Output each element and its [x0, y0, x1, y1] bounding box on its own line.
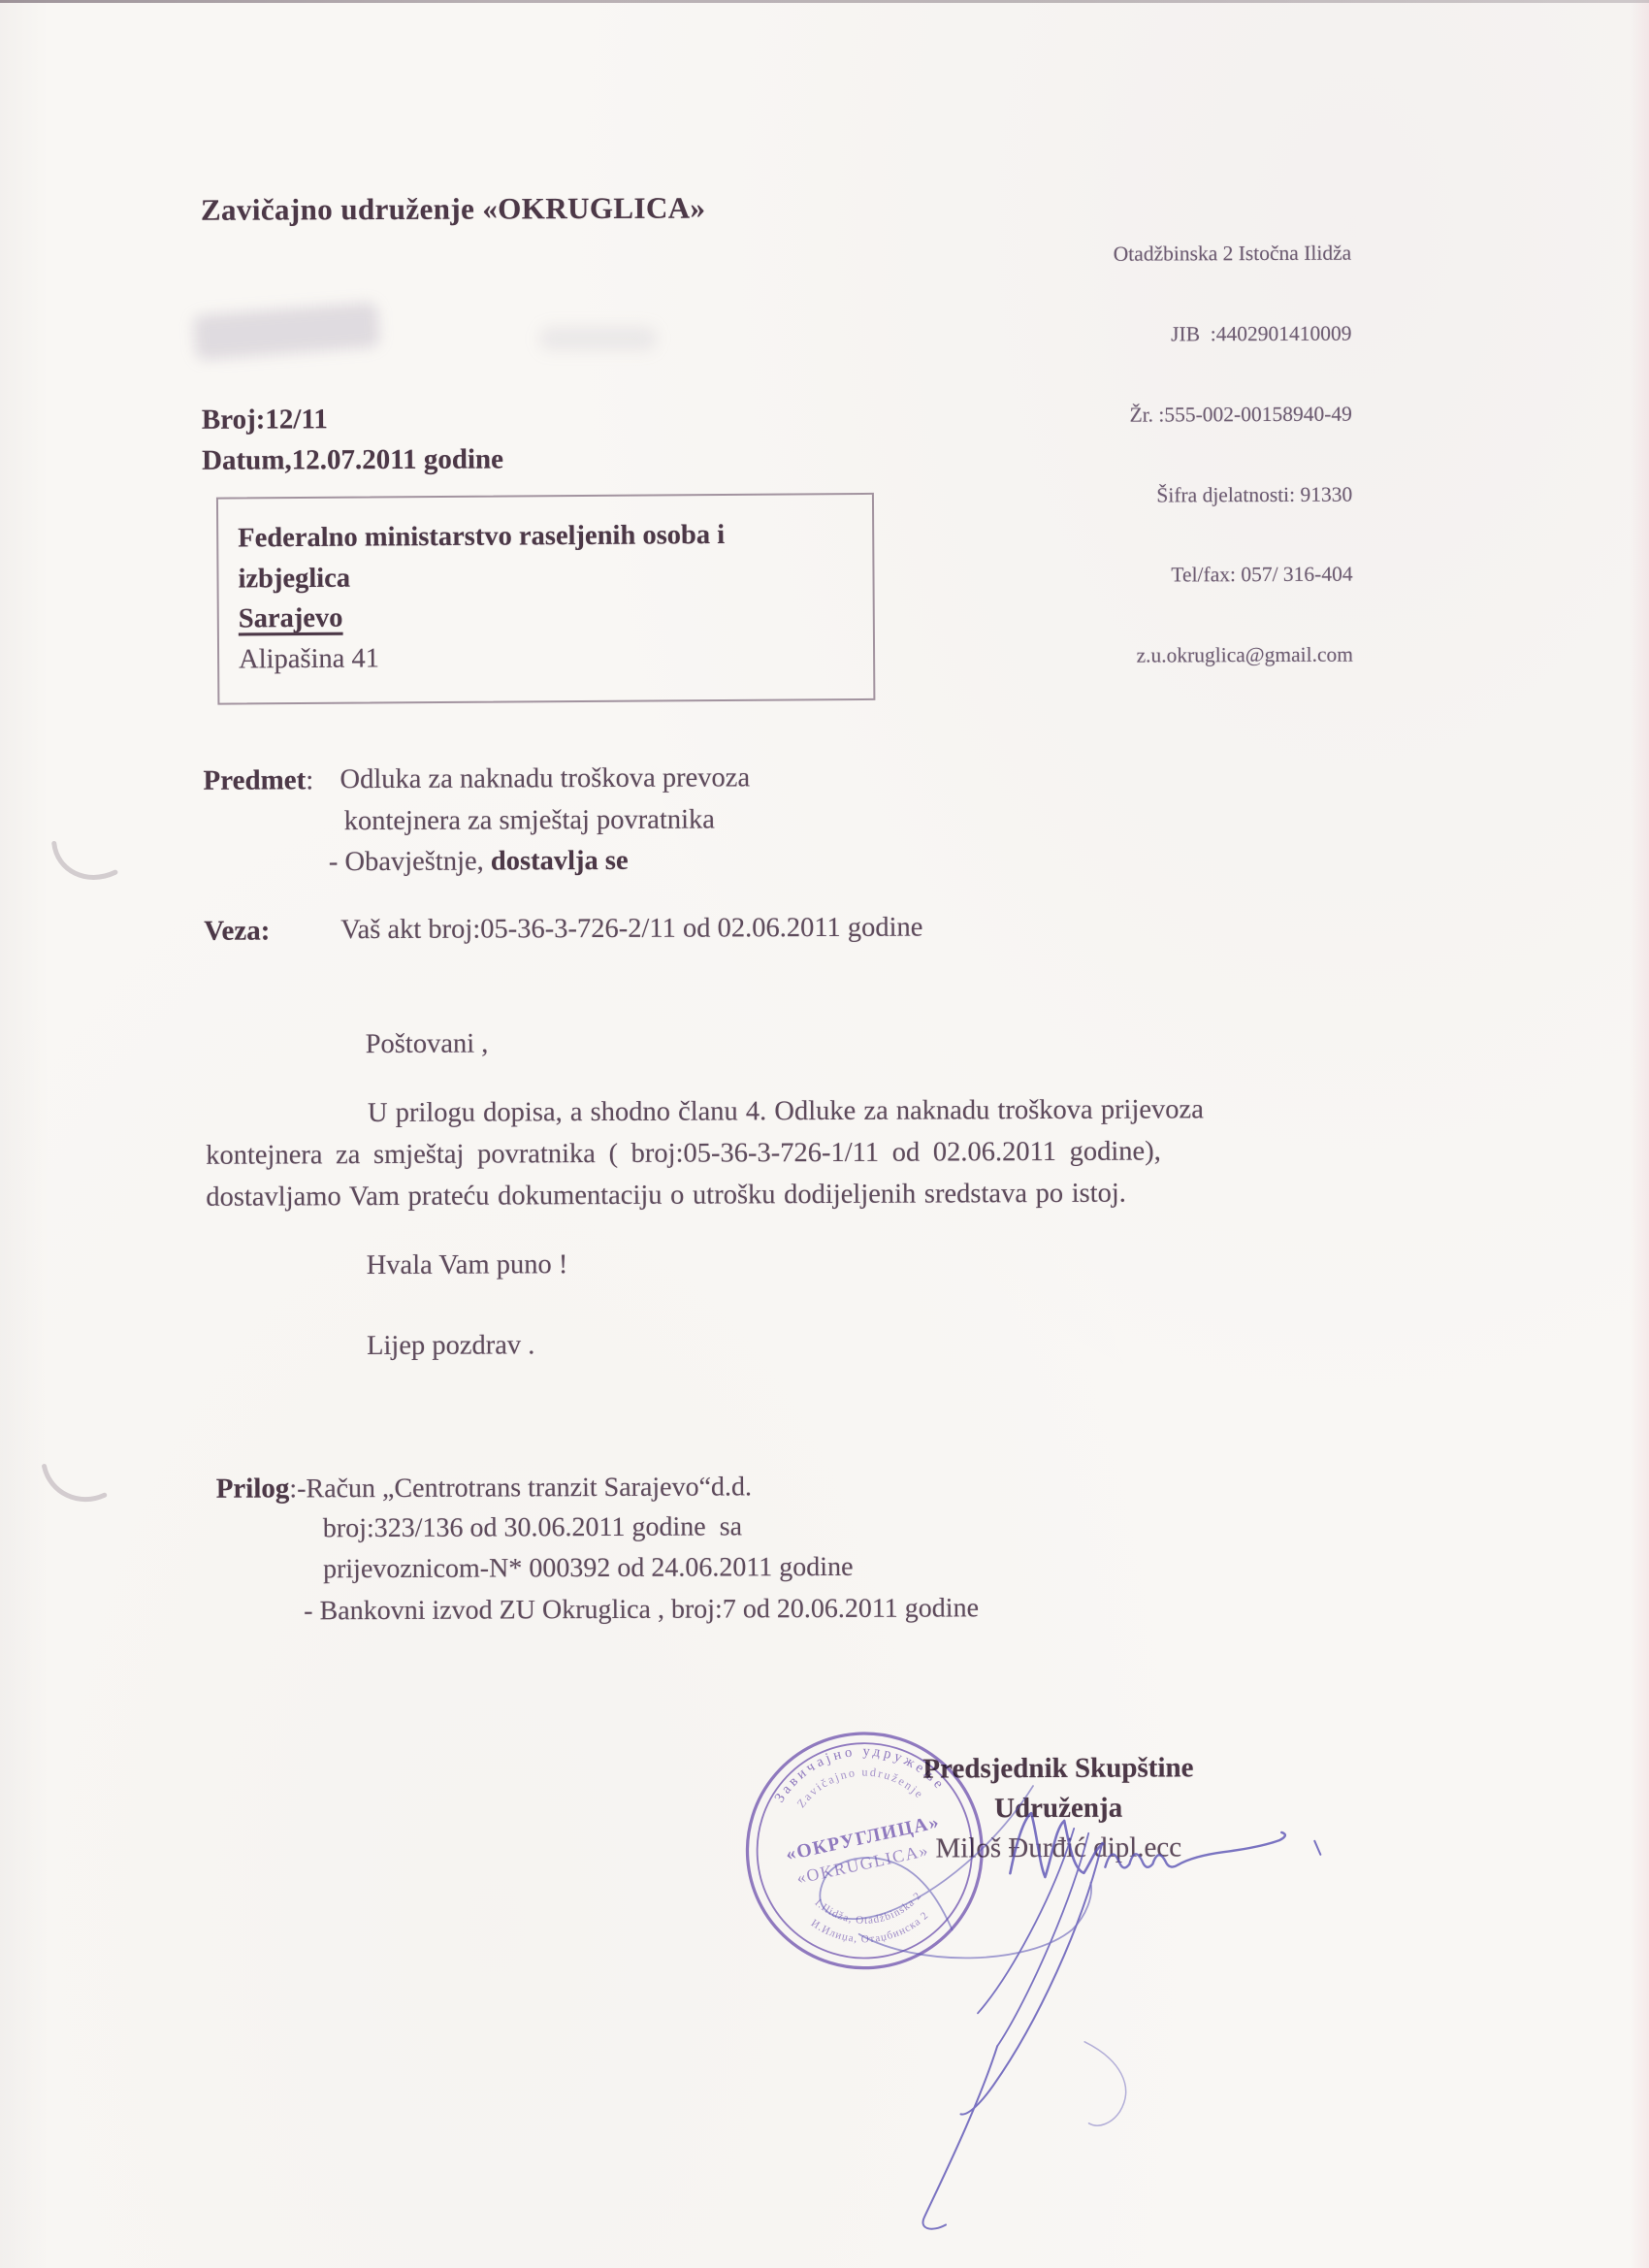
body-paragraph-line-2: kontejnera za smještaj povratnika ( broj…: [206, 1136, 1161, 1171]
letter-content: Zavičajno udruženje «OKRUGLICA» Otadžbin…: [0, 0, 1649, 2268]
signature-tick-mark: [1314, 1841, 1320, 1855]
subject-label-text: Predmet: [203, 764, 306, 795]
scan-artifacts: [42, 843, 118, 1500]
attachments-line-1: Prilog:-Račun „Centrotrans tranzit Saraj…: [216, 1471, 752, 1505]
org-name: Zavičajno udruženje «OKRUGLICA»: [201, 191, 706, 228]
org-stamp: Завичајно удружење Zavičajno udruženje «…: [736, 1722, 993, 1979]
subject-label: Predmet:: [203, 764, 320, 797]
ref-date: Datum,12.07.2011 godine: [202, 443, 503, 476]
attachments-label: Prilog: [216, 1473, 290, 1504]
attachments-line-4: - Bankovni izvod ZU Okruglica , broj:7 o…: [304, 1593, 979, 1627]
scan-crescent-mark-2: [45, 1466, 105, 1500]
contact-telfax: Tel/fax: 057/ 316-404: [1115, 562, 1352, 590]
recipient-ministry-line-2: izbjeglica: [238, 554, 862, 599]
attachments-line-3: prijevoznicom-N* 000392 od 24.06.2011 go…: [323, 1552, 854, 1585]
salutation: Poštovani ,: [366, 1029, 489, 1061]
reference-value: Vaš akt broj:05-36-3-726-2/11 od 02.06.2…: [340, 913, 922, 947]
subject-line-3-emphasis: dostavlja se: [491, 846, 629, 877]
contact-bank-account: Žr. :555-002-00158940-49: [1114, 401, 1351, 429]
body-paragraph-line-1: U prilogu dopisa, a shodno članu 4. Odlu…: [368, 1094, 1204, 1129]
recipient-city: Sarajevo: [239, 595, 863, 639]
attachments-line-2: broj:323/136 od 30.06.2011 godine sa: [323, 1511, 742, 1544]
scan-smudge-faint: [539, 327, 656, 351]
contact-address: Otadžbinska 2 Istočna Ilidža: [1114, 241, 1351, 269]
reference-label: Veza:: [204, 915, 270, 947]
regards-line: Lijep pozdrav .: [367, 1330, 534, 1362]
scan-crescent-mark-1: [54, 843, 115, 877]
recipient-box: Federalno ministarstvo raseljenih osoba …: [216, 493, 875, 705]
body-paragraph-line-3: dostavljamo Vam prateću dokumentaciju o …: [206, 1179, 1126, 1214]
contact-jib: JIB :4402901410009: [1114, 321, 1351, 349]
scan-smudge: [193, 302, 380, 360]
contact-email: z.u.okruglica@gmail.com: [1115, 642, 1353, 670]
ref-number: Broj:12/11: [202, 404, 328, 437]
subject-separator: :: [306, 764, 320, 795]
signature-tail-stroke: [922, 2046, 998, 2228]
attachments-line-1-text: :-Račun „Centrotrans tranzit Sarajevo“d.…: [289, 1472, 752, 1504]
subject-line-1: Odluka za naknadu troškova prevoza: [339, 762, 750, 795]
scanned-letter-page: Zavičajno udruženje «OKRUGLICA» Otadžbin…: [0, 0, 1649, 2268]
contact-block: Otadžbinska 2 Istočna Ilidža JIB :440290…: [1113, 187, 1353, 724]
recipient-street: Alipašina 41: [239, 634, 863, 679]
subject-line-3: - Obavještnje, dostavlja se: [329, 846, 629, 878]
subject-line-2: kontejnera za smještaj povratnika: [344, 804, 715, 837]
recipient-ministry-line-1: Federalno ministarstvo raseljenih osoba …: [238, 514, 862, 559]
signature-light-curl: [1084, 2042, 1126, 2126]
subject-line-3-prefix: - Obavještnje,: [329, 846, 491, 877]
contact-activity-code: Šifra djelatnosti: 91330: [1115, 481, 1352, 509]
thanks-line: Hvala Vam puno !: [367, 1249, 568, 1281]
